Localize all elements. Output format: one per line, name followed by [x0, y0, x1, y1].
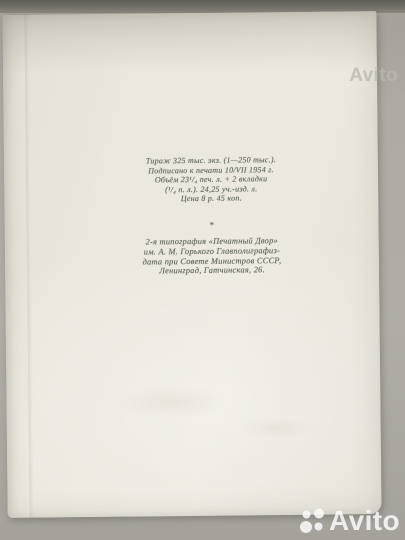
- colophon-text: Тираж 325 тыс. экз. (1—250 тыс.). Подпис…: [44, 154, 379, 278]
- printing-house-line: Ленинград, Гатчинская, 26.: [45, 264, 379, 277]
- printing-house-block: 2-я типография «Печатный Двор» им. А. М.…: [45, 235, 379, 278]
- paper-stain: [116, 385, 226, 420]
- avito-watermark-bottom-label: Avito: [329, 505, 400, 537]
- avito-watermark-top: Avito: [349, 65, 398, 87]
- avito-watermark-bottom: Avito: [299, 505, 400, 537]
- avito-watermark-top-label: Avito: [349, 65, 398, 87]
- paper-stain: [237, 417, 317, 440]
- avito-logo-icon: [299, 508, 326, 535]
- asterisk-separator: *: [45, 219, 379, 231]
- print-info-block: Тираж 325 тыс. экз. (1—250 тыс.). Подпис…: [44, 154, 378, 205]
- book-colophon-page: Тираж 325 тыс. экз. (1—250 тыс.). Подпис…: [2, 11, 381, 518]
- photo-scene: Тираж 325 тыс. экз. (1—250 тыс.). Подпис…: [0, 0, 405, 540]
